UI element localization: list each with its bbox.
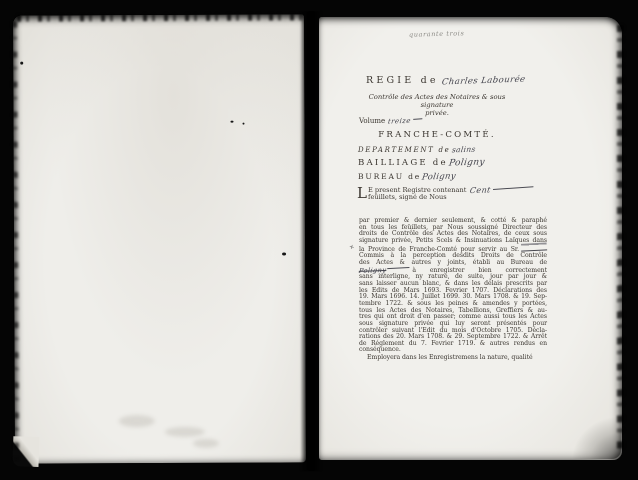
body-paragraphs: + par premier & dernier seulement, & cot… [359,218,547,362]
regie-title-line: REGIE deCharles Labourée [366,75,525,86]
folded-corner [12,436,39,467]
subtitle-line2: privée. [425,109,449,117]
body-line: signature privée, Petits Scels & Insinua… [359,238,547,245]
ink-speck [242,123,244,125]
handwritten-scribble [521,244,547,251]
register-handwritten-count: Cent [470,185,534,194]
departement-label: DEPARTEMENT de [358,146,451,154]
subtitle-line1: Contrôle des Actes des Notaires & sous s… [369,93,506,109]
province-title: FRANCHE-COMTÉ. [356,130,518,140]
stain [119,415,155,427]
printed-right-page: quarante trois REGIE deCharles Labourée … [319,17,622,460]
register-text-line2: feüillets, signé de Nous [368,193,447,201]
stain [193,439,219,448]
volume-line: Volumetreize [359,117,422,125]
ink-speck [20,62,23,65]
regie-label: REGIE de [366,75,439,86]
scan-background: quarante trois REGIE deCharles Labourée … [0,0,638,480]
drop-cap-initial: L [357,186,367,200]
ink-speck [282,252,286,255]
rumpled-corner [573,417,621,459]
body-line: conséquence. [359,347,547,354]
blank-left-page [13,14,306,463]
bureau-line: BUREAU dePoligny [358,172,456,182]
closing-paragraph: Employera dans les Enregistremens la nat… [359,355,547,362]
bailliage-line: BAILLIAGE dePoligny [358,158,484,168]
stain [165,427,205,437]
bureau-label: BUREAU de [358,172,421,181]
register-declaration: L E present Registre contenantCent feüil… [357,186,568,201]
bailliage-handwritten-value: Poligny [448,157,485,168]
departement-handwritten-value: salins [451,145,476,155]
margin-cross-mark: + [348,243,355,251]
volume-label: Volume [359,117,385,125]
bailliage-label: BAILLIAGE de [358,158,448,168]
body-line: des Actes & autres y joints, établi au B… [359,260,547,267]
subtitle: Contrôle des Actes des Notaires & sous s… [356,93,518,117]
departement-line: DEPARTEMENT desalins [358,145,475,154]
pencil-folio-note: quarante trois [409,29,465,38]
bureau-handwritten-value: Poligny [421,171,456,182]
volume-handwritten-value: treize [387,116,422,125]
struck-handwritten-bureau-name: Poligny [358,266,410,274]
ink-speck [230,121,233,123]
regie-handwritten-name: Charles Labourée [441,75,526,88]
